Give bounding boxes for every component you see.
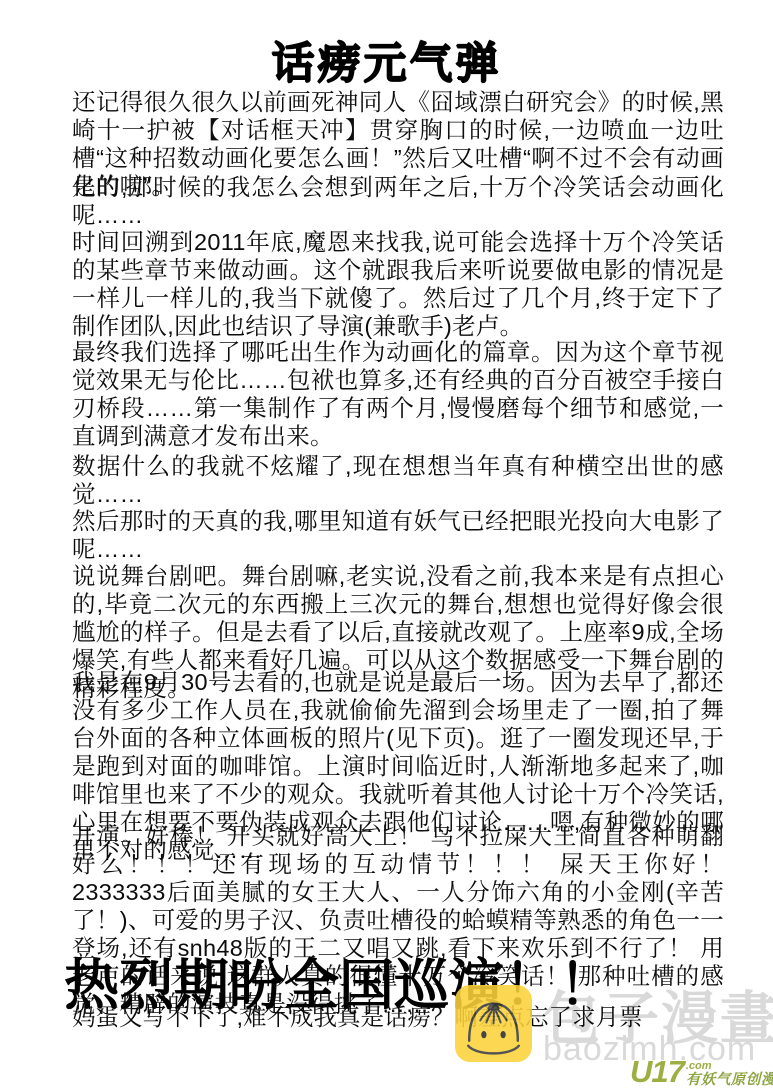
bun-icon (455, 985, 532, 1062)
paragraph-2: 是的,那时候的我怎么会想到两年之后,十万个冷笑话会动画化呢…… (72, 173, 724, 229)
u17-tagline-text: 有妖气原创漫画 (686, 1073, 773, 1088)
paragraph-6: 然后那时的天真的我,哪里知道有妖气已经把眼光投向大电影了呢…… (72, 507, 724, 563)
page-title: 话痨元气弹 (0, 30, 773, 91)
paragraph-3: 时间回溯到2011年底,魔恩来找我,说可能会选择十万个冷笑话的某些章节来做动画。… (72, 228, 724, 340)
paragraph-5: 数据什么的我就不炫耀了,现在想想当年真有种横空出世的感觉…… (72, 452, 724, 508)
paragraph-4: 最终我们选择了哪吒出生作为动画化的篇章。因为这个章节视觉效果无与伦比……包袱也算… (72, 338, 724, 450)
u17-logo-text: U17 (630, 1056, 684, 1087)
u17-dotcom-text: .com (686, 1061, 712, 1072)
u17-logo-block: U17 .com 有妖气原创漫画 (630, 1056, 773, 1087)
footer-sentence: 妈蛋又写不下了,难不成我真是话痨？啊差点忘了求月票 (72, 1003, 643, 1031)
baozi-mascot-icon (455, 985, 532, 1062)
comic-afterword-page: 包子漫畫 baozimh.com 话痨元气弹 还记得很久很久以前画死神同人《囧域… (0, 0, 773, 1092)
